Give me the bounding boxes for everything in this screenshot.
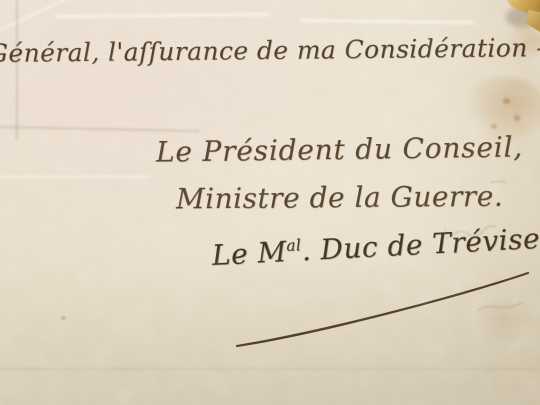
crease-highlight-diagonal-corner: [0, 0, 75, 32]
crease-line-horizontal-left: [0, 126, 200, 132]
role-line-president: Le Président du Conseil,: [156, 133, 523, 166]
signature-prefix: Le M: [211, 235, 287, 272]
crease-highlight-top-left: [55, 13, 270, 18]
manuscript-photo: Général, l'aſſurance de ma Considération…: [0, 0, 540, 405]
closing-line: Général, l'aſſurance de ma Considération…: [0, 35, 540, 66]
signature-superscript: al: [286, 236, 302, 255]
crease-highlight-mid-left: [0, 176, 150, 178]
role-line-minister: Ministre de la Guerre.: [176, 183, 503, 214]
crease-line-vertical-left: [16, 0, 18, 140]
